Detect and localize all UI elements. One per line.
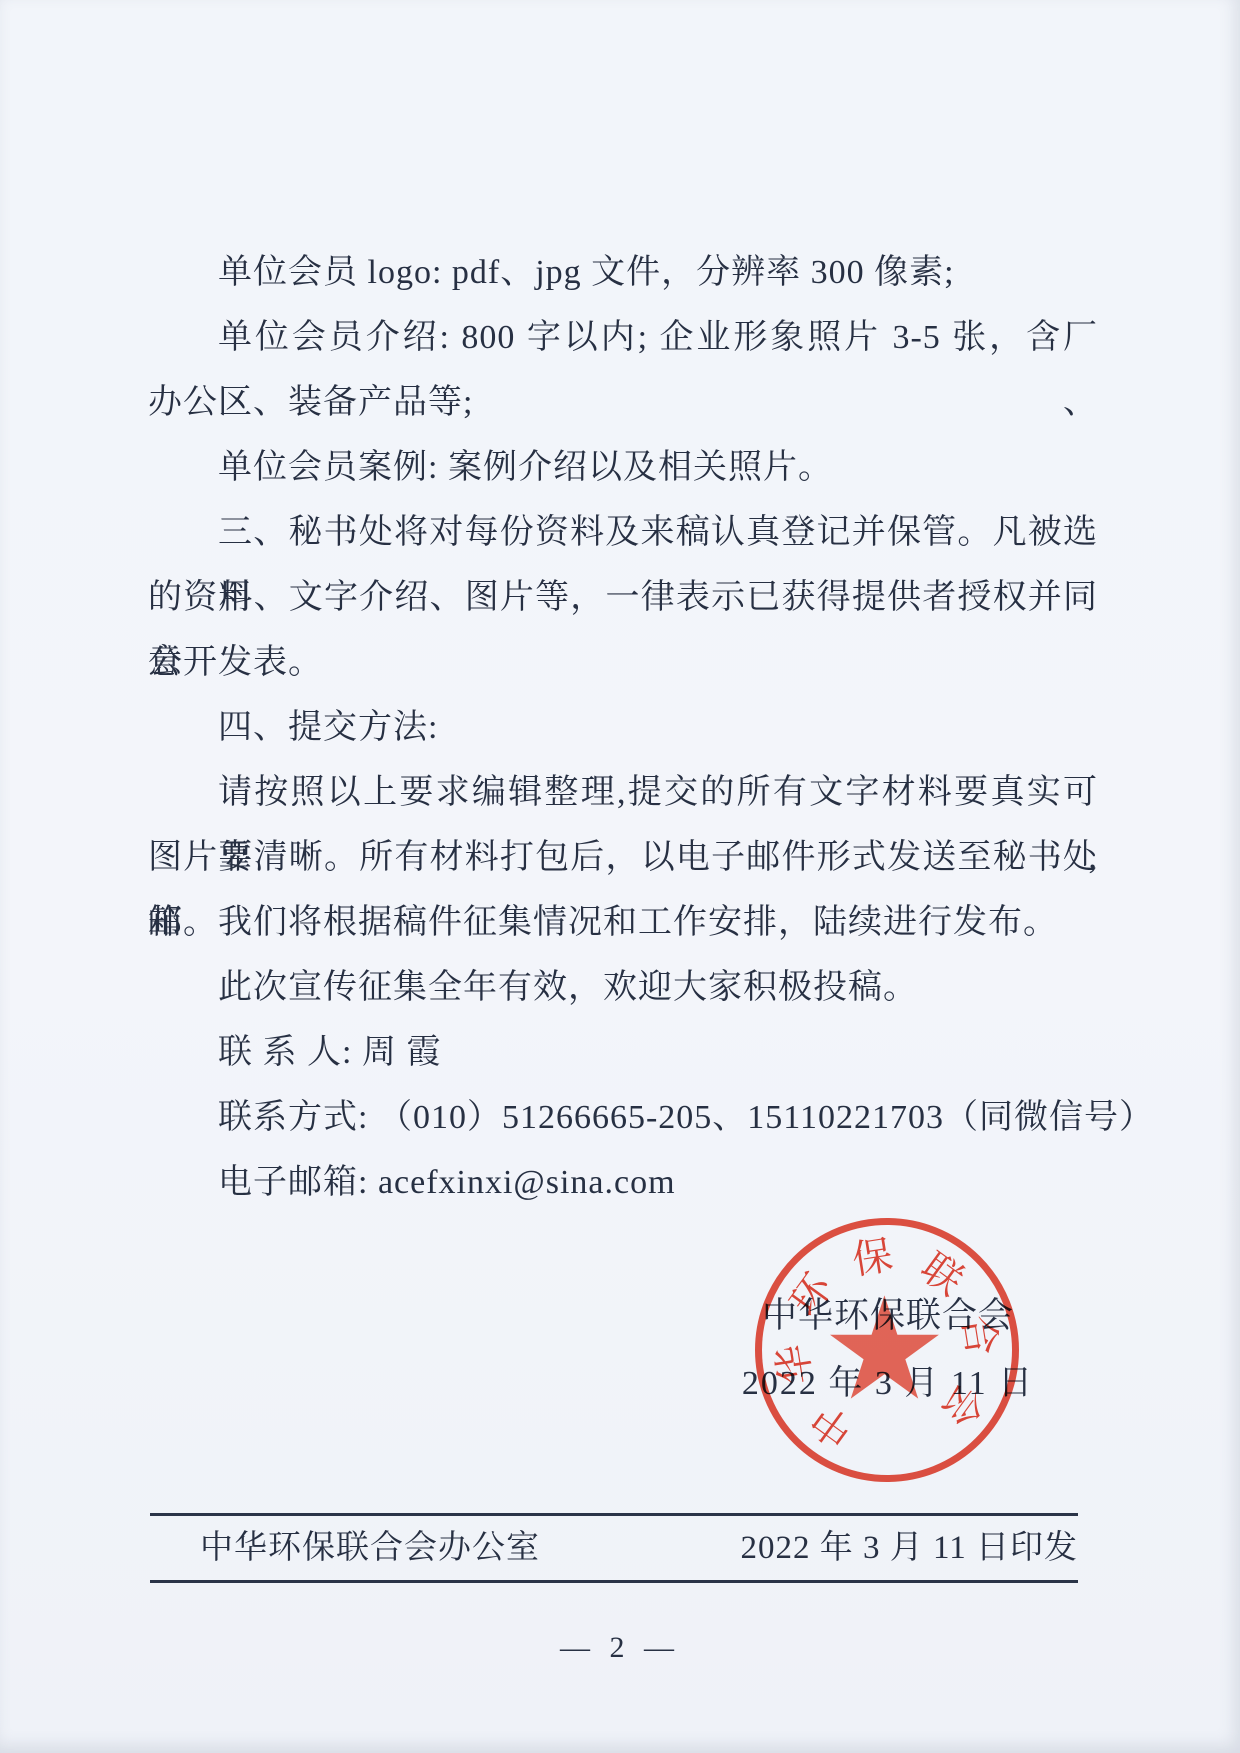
body-line: 的资料、文字介绍、图片等，一律表示已获得提供者授权并同意 [148,565,1098,630]
body-line: 三、秘书处将对每份资料及来稿认真登记并保管。凡被选用 [148,500,1098,565]
body-line: 四、提交方法: [148,695,1098,760]
contact-phone-line: 联系方式: （010）51266665-205、15110221703（同微信号… [148,1085,1098,1150]
contact-email-line: 电子邮箱: acefxinxi@sina.com [148,1150,1098,1215]
footer-office: 中华环保联合会办公室 [200,1528,540,1568]
footer-rule-top [150,1513,1078,1516]
footer-issue-date: 2022 年 3 月 11 日印发 [740,1528,1078,1568]
seal-char: 华 [769,1338,822,1391]
seal-char: 合 [953,1309,1006,1362]
page-number: — 2 — [0,1630,1240,1666]
contact-person-line: 联 系 人: 周 霞 [148,1020,1098,1085]
body-paragraphs: 单位会员 logo: pdf、jpg 文件，分辨率 300 像素; 单位会员介绍… [148,240,1098,1215]
scanned-letter-page: 单位会员 logo: pdf、jpg 文件，分辨率 300 像素; 单位会员介绍… [0,0,1240,1753]
body-line: 单位会员介绍: 800 字以内; 企业形象照片 3-5 张，含厂区、 [148,305,1098,370]
seal-char: 保 [846,1232,899,1285]
official-seal: ★ 中 华 环 保 联 合 会 [755,1218,1019,1482]
seal-star-icon: ★ [821,1279,948,1421]
body-line: 单位会员 logo: pdf、jpg 文件，分辨率 300 像素; [148,240,1098,305]
body-line: 单位会员案例: 案例介绍以及相关照片。 [148,435,1098,500]
body-line: 公开发表。 [148,630,1098,695]
footer-rule-bottom [150,1580,1078,1583]
body-line: 图片要清晰。所有材料打包后，以电子邮件形式发送至秘书处邮 [148,825,1098,890]
body-line: 请按照以上要求编辑整理,提交的所有文字材料要真实可靠, [148,760,1098,825]
body-line: 此次宣传征集全年有效，欢迎大家积极投稿。 [148,955,1098,1020]
body-line: 箱。我们将根据稿件征集情况和工作安排，陆续进行发布。 [148,890,1098,955]
